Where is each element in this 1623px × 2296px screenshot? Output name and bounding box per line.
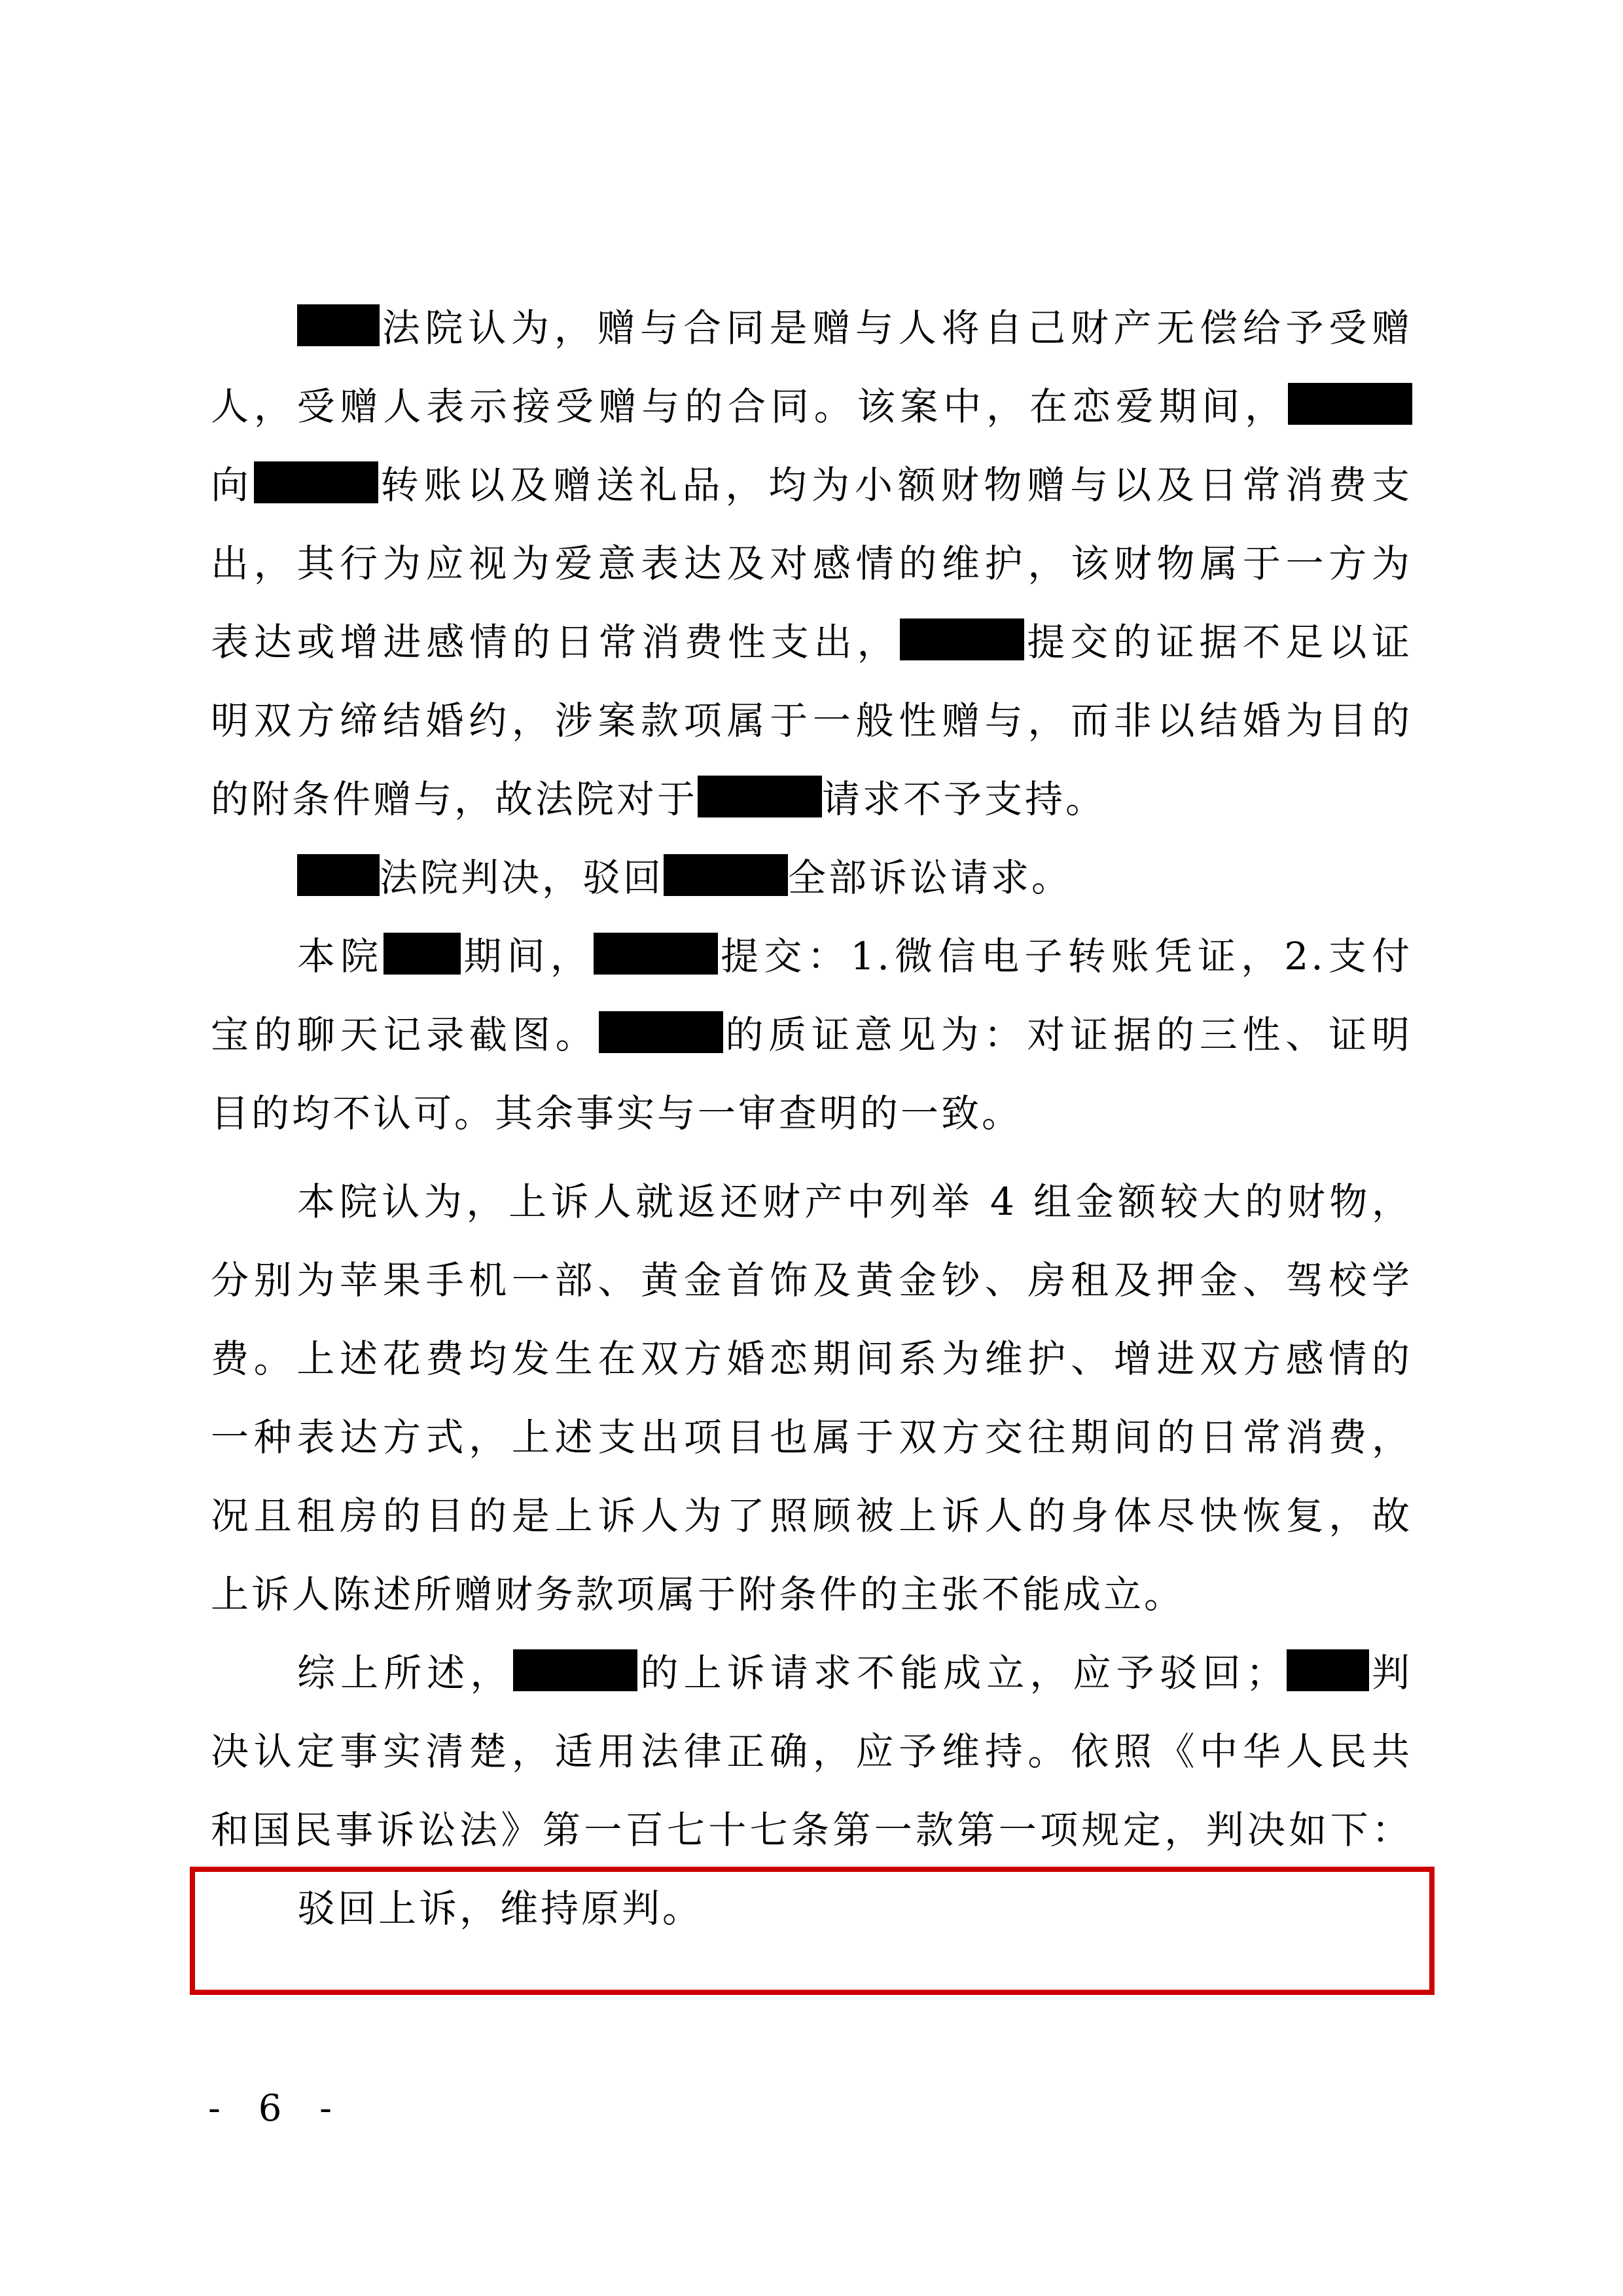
text-line: 本院期间，提交：1.微信电子转账凭证，2.支付 bbox=[211, 933, 1412, 980]
line-text: 明双方缔结婚约，涉案款项属于一般性赠与，而非以结婚为目的 bbox=[211, 698, 1412, 743]
line-text: 请求不予支持。 bbox=[822, 777, 1106, 821]
line-text: 上诉人陈述所赠财务款项属于附条件的主张不能成立。 bbox=[211, 1572, 1185, 1617]
line-text: 费。上述花费均发生在双方婚恋期间系为维护、增进双方感情的 bbox=[211, 1336, 1412, 1381]
redaction-block bbox=[1288, 383, 1412, 425]
text-line: 一种表达方式，上述支出项目也属于双方交往期间的日常消费， bbox=[211, 1414, 1412, 1461]
line-text: 况且租房的目的是上诉人为了照顾被上诉人的身体尽快恢复，故 bbox=[211, 1494, 1412, 1538]
text-line: 费。上述花费均发生在双方婚恋期间系为维护、增进双方感情的 bbox=[211, 1335, 1412, 1382]
verdict-line: 驳回上诉，维持原判。 bbox=[211, 1885, 1412, 1932]
text-line: 人，受赠人表示接受赠与的合同。该案中，在恋爱期间， bbox=[211, 383, 1412, 430]
text-line: 目的均不认可。其余事实与一审查明的一致。 bbox=[211, 1090, 1412, 1137]
redaction-block bbox=[297, 854, 380, 896]
line-text: 的附条件赠与，故法院对于 bbox=[211, 777, 698, 821]
line-text: 分别为苹果手机一部、黄金首饰及黄金钞、房租及押金、驾校学 bbox=[211, 1258, 1412, 1302]
text-line: 综上所述，的上诉请求不能成立，应予驳回；判 bbox=[211, 1649, 1412, 1696]
text-line: 宝的聊天记录截图。的质证意见为：对证据的三性、证明 bbox=[211, 1011, 1412, 1058]
text-line: 出，其行为应视为爱意表达及对感情的维护，该财物属于一方为 bbox=[211, 540, 1412, 587]
line-text: 一种表达方式，上述支出项目也属于双方交往期间的日常消费， bbox=[211, 1415, 1412, 1460]
text-line: 法院判决，驳回全部诉讼请求。 bbox=[211, 854, 1412, 901]
line-text: 宝的聊天记录截图。 bbox=[211, 1013, 599, 1057]
redaction-block bbox=[513, 1649, 637, 1691]
text-line: 向转账以及赠送礼品，均为小额财物赠与以及日常消费支 bbox=[211, 461, 1412, 509]
line-text: 本院认为，上诉人就返还财产中列举 4 组金额较大的财物， bbox=[297, 1179, 1412, 1224]
line-text: 人，受赠人表示接受赠与的合同。该案中，在恋爱期间， bbox=[211, 384, 1288, 429]
redaction-block bbox=[297, 304, 380, 346]
redaction-block bbox=[1287, 1649, 1369, 1691]
text-line: 法院认为，赠与合同是赠与人将自己财产无偿给予受赠 bbox=[211, 304, 1412, 351]
line-text: 决认定事实清楚，适用法律正确，应予维持。依照《中华人民共 bbox=[211, 1729, 1412, 1774]
text-line: 的附条件赠与，故法院对于请求不予支持。 bbox=[211, 776, 1412, 823]
line-text: 的质证意见为：对证据的三性、证明 bbox=[723, 1013, 1412, 1057]
line-text: 向 bbox=[211, 463, 254, 507]
text-line: 本院认为，上诉人就返还财产中列举 4 组金额较大的财物， bbox=[211, 1178, 1412, 1225]
line-text: 表达或增进感情的日常消费性支出， bbox=[211, 620, 900, 664]
text-line: 明双方缔结婚约，涉案款项属于一般性赠与，而非以结婚为目的 bbox=[211, 697, 1412, 744]
line-text: 驳回上诉，维持原判。 bbox=[297, 1886, 703, 1931]
redaction-block bbox=[594, 933, 718, 975]
line-text: 法院认为，赠与合同是赠与人将自己财产无偿给予受赠 bbox=[380, 306, 1412, 350]
line-text: 出，其行为应视为爱意表达及对感情的维护，该财物属于一方为 bbox=[211, 541, 1412, 586]
line-text: 全部诉讼请求。 bbox=[788, 855, 1072, 900]
redaction-block bbox=[254, 461, 378, 503]
text-line: 况且租房的目的是上诉人为了照顾被上诉人的身体尽快恢复，故 bbox=[211, 1492, 1412, 1539]
line-text: 提交：1.微信电子转账凭证，2.支付 bbox=[718, 934, 1412, 978]
redaction-block bbox=[664, 854, 788, 896]
redaction-block bbox=[383, 933, 461, 975]
text-line: 和国民事诉讼法》第一百七十七条第一款第一项规定，判决如下： bbox=[211, 1806, 1412, 1854]
page-number: - 6 - bbox=[208, 2088, 345, 2130]
line-text: 转账以及赠送礼品，均为小额财物赠与以及日常消费支 bbox=[378, 463, 1412, 507]
redaction-block bbox=[599, 1011, 723, 1053]
document-page: 法院认为，赠与合同是赠与人将自己财产无偿给予受赠 人，受赠人表示接受赠与的合同。… bbox=[0, 0, 1623, 2296]
text-line: 决认定事实清楚，适用法律正确，应予维持。依照《中华人民共 bbox=[211, 1728, 1412, 1775]
line-text: 判 bbox=[1369, 1651, 1412, 1695]
text-line: 分别为苹果手机一部、黄金首饰及黄金钞、房租及押金、驾校学 bbox=[211, 1257, 1412, 1304]
redaction-block bbox=[900, 619, 1024, 660]
line-text: 目的均不认可。其余事实与一审查明的一致。 bbox=[211, 1091, 1022, 1136]
redaction-block bbox=[698, 776, 822, 817]
text-line: 上诉人陈述所赠财务款项属于附条件的主张不能成立。 bbox=[211, 1571, 1412, 1618]
line-text: 和国民事诉讼法》第一百七十七条第一款第一项规定，判决如下： bbox=[211, 1808, 1412, 1852]
text-line: 表达或增进感情的日常消费性支出，提交的证据不足以证 bbox=[211, 619, 1412, 666]
line-text: 期间， bbox=[461, 934, 594, 978]
line-text: 提交的证据不足以证 bbox=[1024, 620, 1412, 664]
line-text: 本院 bbox=[297, 934, 383, 978]
line-text: 法院判决，驳回 bbox=[380, 855, 664, 900]
line-text: 综上所述， bbox=[297, 1651, 513, 1695]
line-text: 的上诉请求不能成立，应予驳回； bbox=[637, 1651, 1286, 1695]
